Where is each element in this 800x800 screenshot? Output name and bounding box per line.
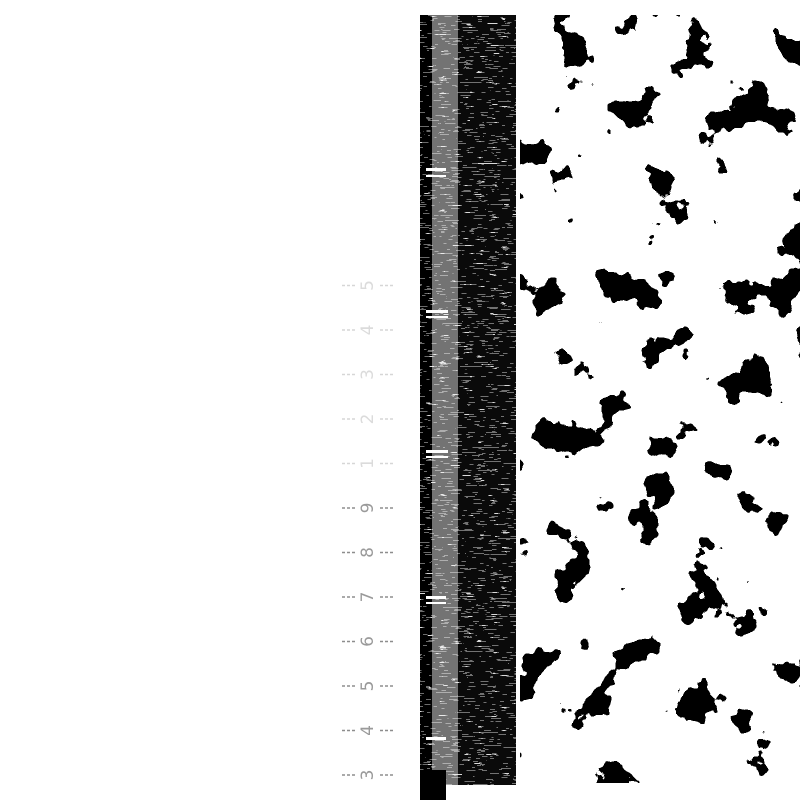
measuring-scale: 345678912345 <box>342 280 394 780</box>
scale-mark: 6 <box>342 636 394 647</box>
scale-label: 3 <box>358 770 378 781</box>
scale-label: 8 <box>358 547 378 558</box>
scale-mark: 2 <box>342 414 394 425</box>
scale-mark: 9 <box>342 503 394 514</box>
scale-mark: 7 <box>342 592 394 603</box>
spine-foot <box>420 770 446 800</box>
book-scan: 345678912345 <box>0 0 800 800</box>
scale-label: 4 <box>358 325 378 336</box>
marbled-cover <box>514 15 800 783</box>
scale-label: 5 <box>358 681 378 692</box>
scale-mark: 1 <box>342 458 394 469</box>
scale-mark: 5 <box>342 280 394 291</box>
scale-label: 9 <box>358 503 378 514</box>
scale-label: 6 <box>358 636 378 647</box>
scale-mark: 5 <box>342 681 394 692</box>
scale-mark: 4 <box>342 725 394 736</box>
scale-label: 4 <box>358 725 378 736</box>
scale-label: 3 <box>358 369 378 380</box>
scale-label: 2 <box>358 414 378 425</box>
scale-label: 1 <box>358 458 378 469</box>
scale-mark: 4 <box>342 325 394 336</box>
scale-mark: 3 <box>342 369 394 380</box>
scale-mark: 8 <box>342 547 394 558</box>
scale-mark: 3 <box>342 770 394 781</box>
scale-label: 5 <box>358 280 378 291</box>
book-spine <box>420 15 520 785</box>
scale-label: 7 <box>358 592 378 603</box>
